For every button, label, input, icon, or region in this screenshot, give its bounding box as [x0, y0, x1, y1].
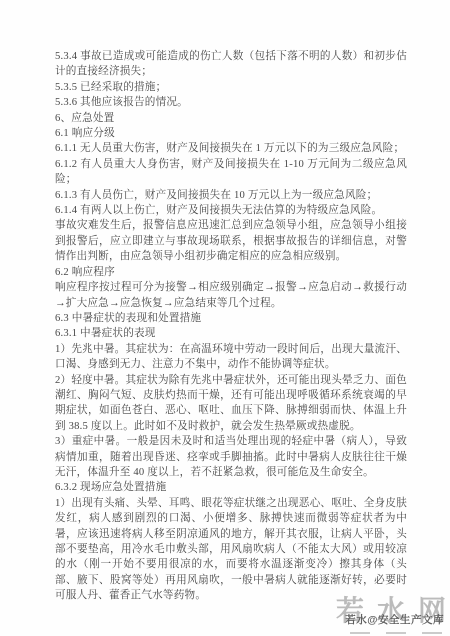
paragraph: 6.1.2 有人员重大人身伤害，财产及间接损失在 1-10 万元间为二级应急风险… — [55, 157, 407, 188]
paragraph: 5.3.4 事故已造成或可能造成的伤亡人数（包括下落不明的人数）和初步估计的直接… — [55, 49, 407, 80]
watermark-handle: 若水@安全生产文库 — [345, 612, 444, 627]
paragraph: 6.3.1 中暑症状的表现 — [55, 326, 407, 341]
document-body: 5.3.4 事故已造成或可能造成的伤亡人数（包括下落不明的人数）和初步估计的直接… — [55, 49, 407, 604]
paragraph: 2）轻度中暑。其症状为除有先兆中暑症状外，还可能出现头晕乏力、面色潮红、胸闷气短… — [55, 373, 407, 435]
paragraph: 5.3.5 已经采取的措施； — [55, 80, 407, 95]
paragraph: 6.1.4 有两人以上伤亡，财产及间接损失无法估算的为特级应急风险。 — [55, 203, 407, 218]
paragraph: 6、应急处置 — [55, 111, 407, 126]
paragraph: 6.2 响应程序 — [55, 265, 407, 280]
paragraph: 事故灾难发生后，报警信息应迅速汇总到应急领导小组，应急领导小组接到报警后，应立即… — [55, 218, 407, 264]
paragraph: 1）先兆中暑。其症状为：在高温环境中劳动一段时间后，出现大量流汗、口渴、身感到无… — [55, 342, 407, 373]
paragraph: 1）出现有头痛、头晕、耳鸣、眼花等症状继之出现恶心、呕吐、全身皮肤发红，病人感到… — [55, 496, 407, 604]
paragraph: 6.3.2 现场应急处置措施 — [55, 480, 407, 495]
paragraph: 响应程序按过程可分为接警→相应级别确定→报警→应急启动→救援行动→扩大应急→应急… — [55, 280, 407, 311]
paragraph: 6.1.3 有人员伤亡，财产及间接损失在 10 万元以上为一级应急风险； — [55, 188, 407, 203]
document-page: 5.3.4 事故已造成或可能造成的伤亡人数（包括下落不明的人数）和初步估计的直接… — [0, 0, 450, 636]
watermark-underline-marks — [350, 632, 442, 634]
paragraph: 6.1 响应分级 — [55, 126, 407, 141]
paragraph: 6.1.1 无人员重大伤害，财产及间接损失在 1 万元以下的为三级应急风险； — [55, 141, 407, 156]
paragraph: 3）重症中暑。一般是因未及时和适当处理出现的轻症中暑（病人），导致病情加重，随着… — [55, 434, 407, 480]
paragraph: 5.3.6 其他应该报告的情况。 — [55, 95, 407, 110]
paragraph: 6.3 中暑症状的表现和处置措施 — [55, 311, 407, 326]
